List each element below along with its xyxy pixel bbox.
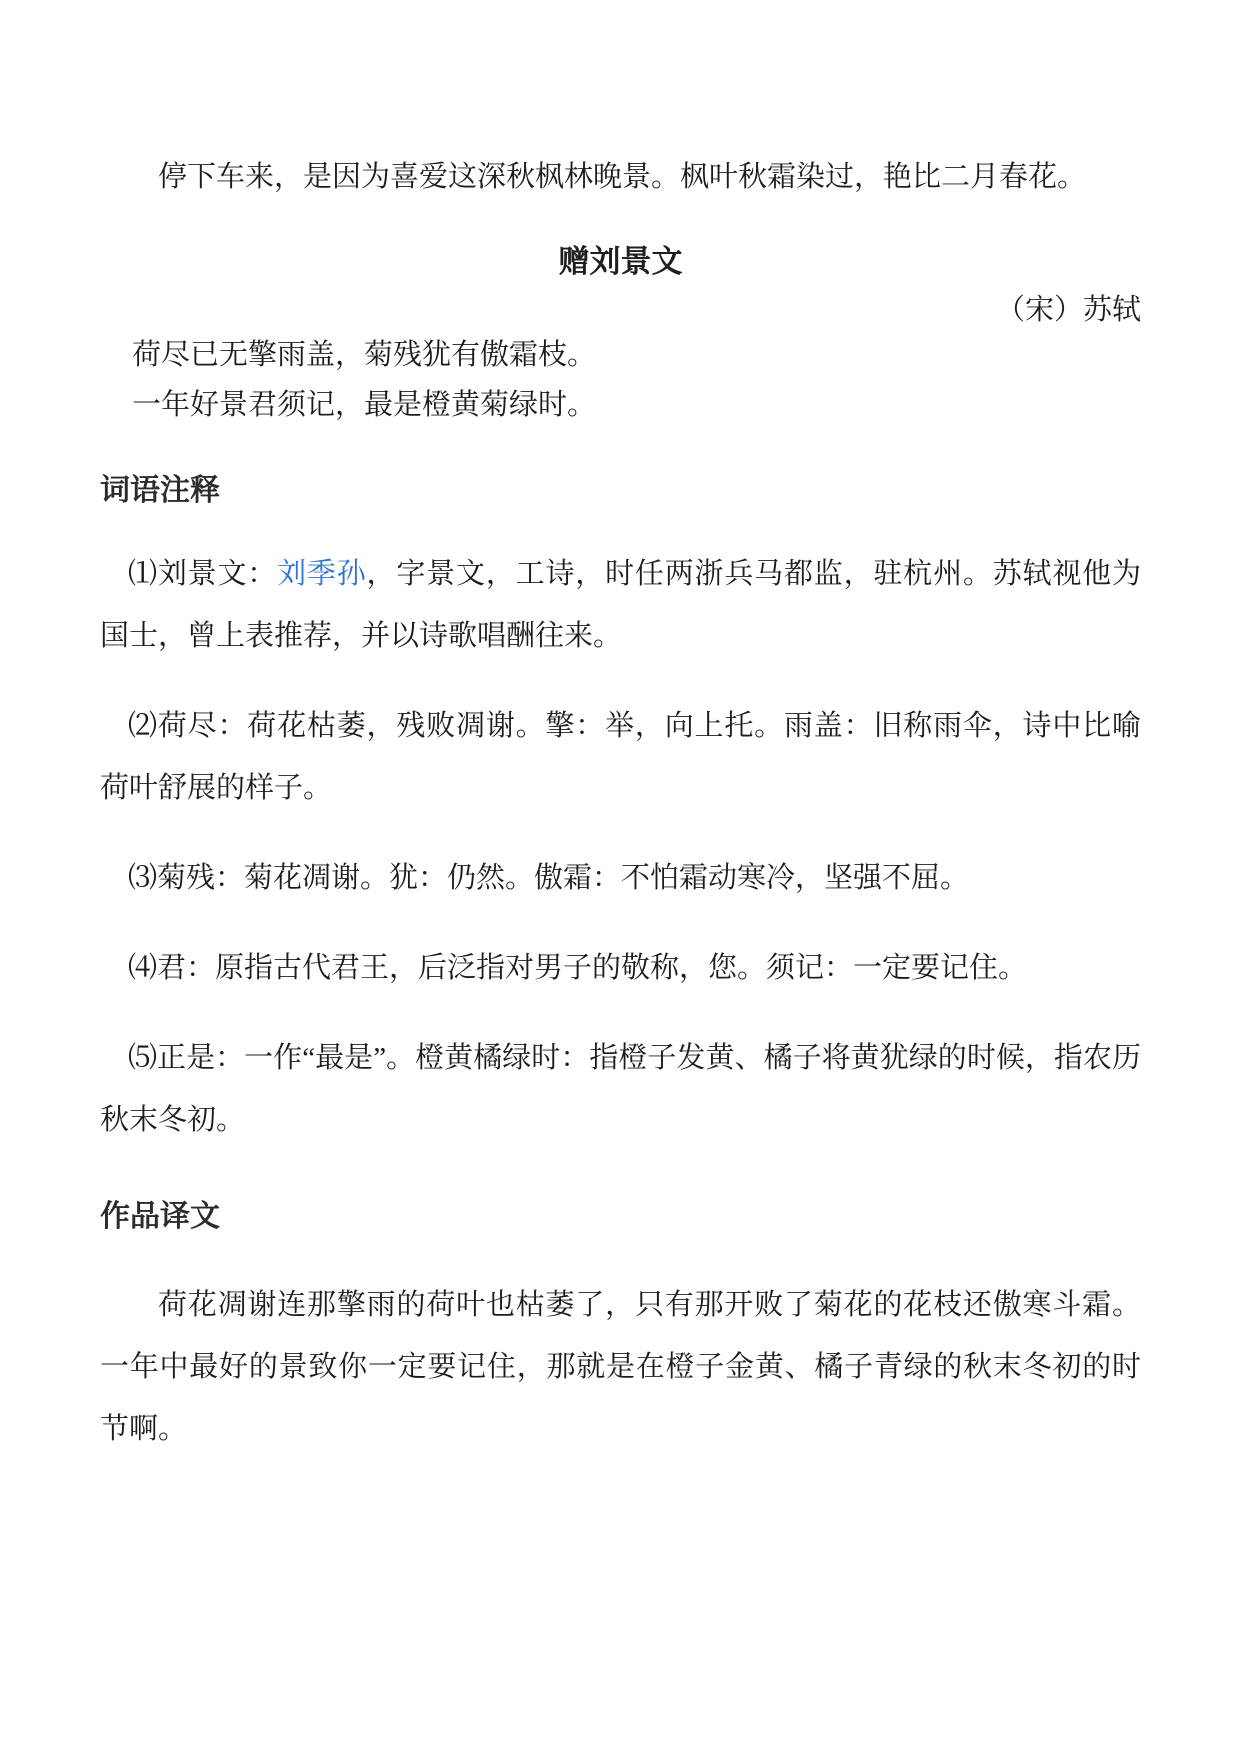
translation-section-heading: 作品译文 xyxy=(100,1196,1141,1238)
intro-paragraph: 停下车来，是因为喜爱这深秋枫林晚景。枫叶秋霜染过，艳比二月春花。 xyxy=(100,146,1141,208)
note-item-1: ⑴刘景文：刘季孙，字景文，工诗，时任两浙兵马都监，驻杭州。苏轼视他为国士，曾上表… xyxy=(100,543,1141,667)
note-1-prefix: ⑴刘景文： xyxy=(128,558,277,590)
note-item-5: ⑸正是：一作“最是”。橙黄橘绿时：指橙子发黄、橘子将黄犹绿的时候，指农历秋末冬初… xyxy=(100,1027,1141,1151)
notes-section-heading: 词语注释 xyxy=(100,470,1141,512)
poem-line-2: 一年好景君须记，最是橙黄菊绿时。 xyxy=(132,380,1141,430)
poem-body: 荷尽已无擎雨盖，菊残犹有傲霜枝。 一年好景君须记，最是橙黄菊绿时。 xyxy=(100,330,1141,430)
note-item-2: ⑵荷尽：荷花枯萎，残败凋谢。擎：举，向上托。雨盖：旧称雨伞，诗中比喻荷叶舒展的样… xyxy=(100,695,1141,819)
note-item-3: ⑶菊残：菊花凋谢。犹：仍然。傲霜：不怕霜动寒冷，坚强不屈。 xyxy=(100,847,1141,909)
document-content: 停下车来，是因为喜爱这深秋枫林晚景。枫叶秋霜染过，艳比二月春花。 赠刘景文 （宋… xyxy=(0,0,1241,1460)
poem-title: 赠刘景文 xyxy=(100,240,1141,284)
note-item-4: ⑷君：原指古代君王，后泛指对男子的敬称，您。须记：一定要记住。 xyxy=(100,937,1141,999)
translation-paragraph: 荷花凋谢连那擎雨的荷叶也枯萎了，只有那开败了菊花的花枝还傲寒斗霜。一年中最好的景… xyxy=(100,1274,1141,1460)
poem-line-1: 荷尽已无擎雨盖，菊残犹有傲霜枝。 xyxy=(132,330,1141,380)
document-page: 停下车来，是因为喜爱这深秋枫林晚景。枫叶秋霜染过，艳比二月春花。 赠刘景文 （宋… xyxy=(0,0,1241,1754)
liu-jisun-link[interactable]: 刘季孙 xyxy=(277,558,366,590)
poem-author: （宋）苏轼 xyxy=(100,290,1141,330)
